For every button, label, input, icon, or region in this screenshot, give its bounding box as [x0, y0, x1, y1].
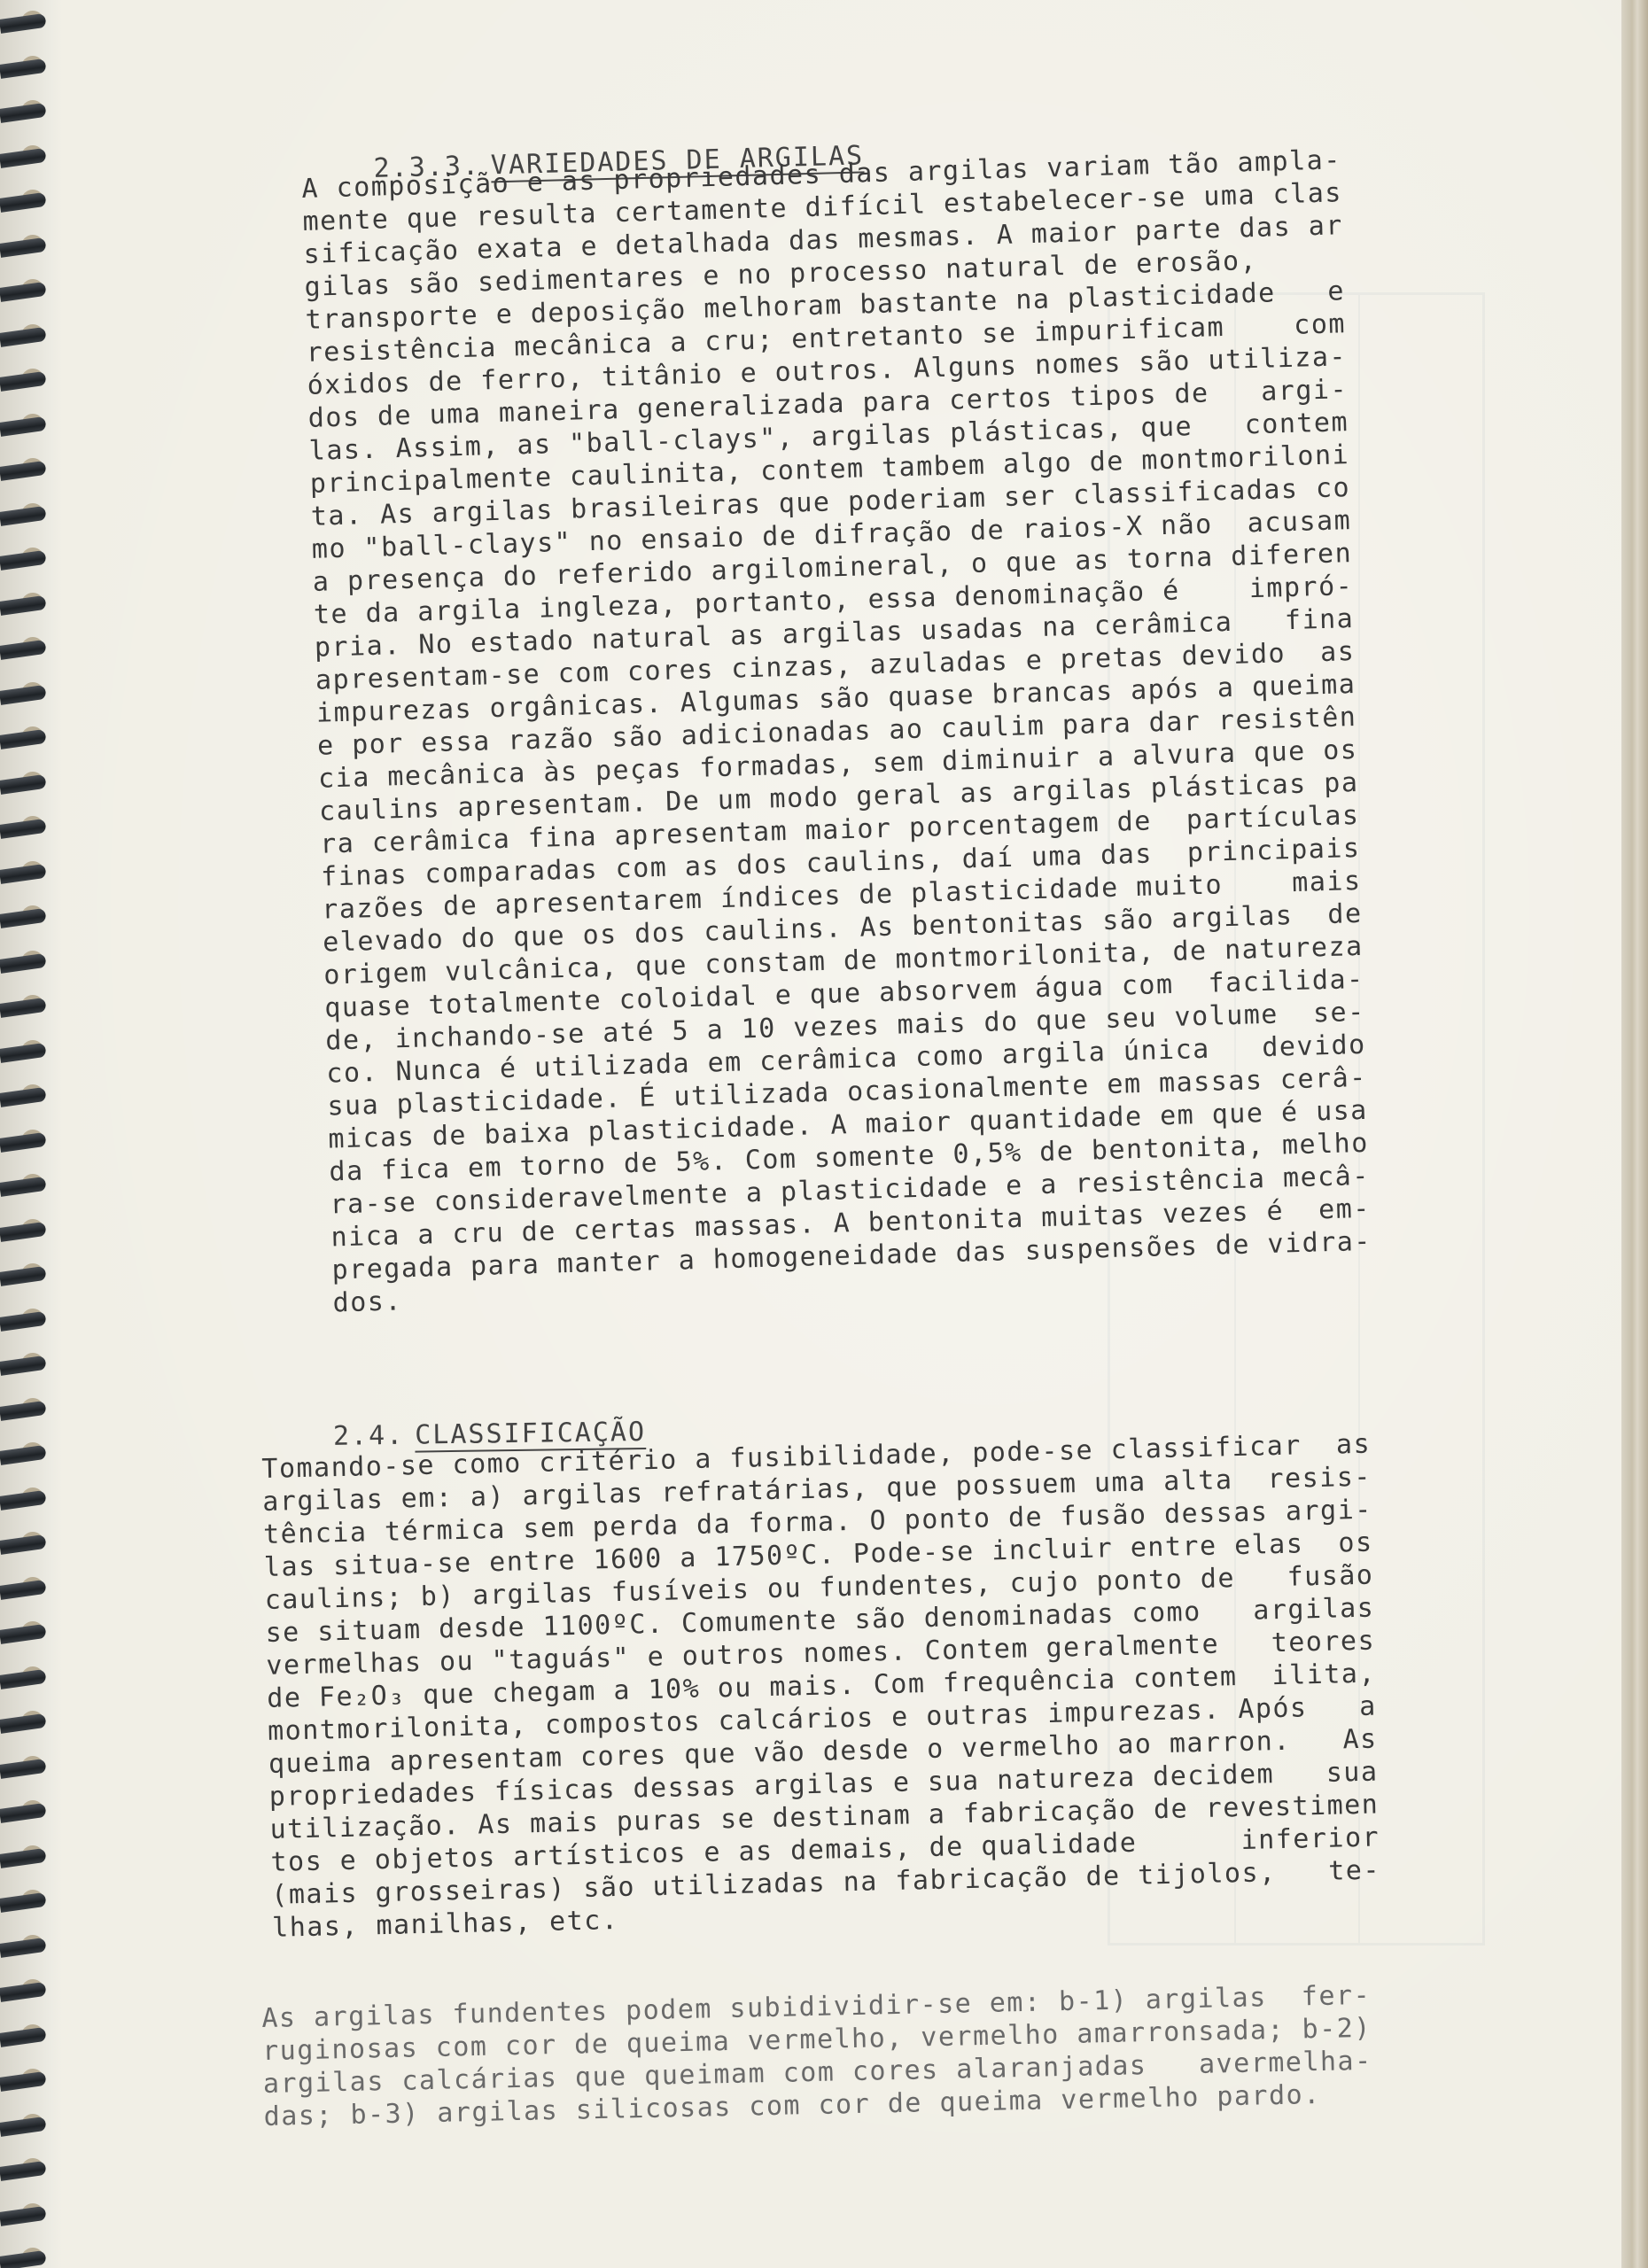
- binding-coil: [0, 1892, 47, 1913]
- binding-coil: [0, 1400, 47, 1420]
- binding-coil: [0, 2116, 47, 2136]
- binding-coil: [0, 998, 47, 1018]
- binding-coil: [0, 58, 47, 78]
- binding-coil: [0, 1668, 47, 1689]
- binding-coil: [0, 2250, 47, 2268]
- binding-coil: [0, 103, 47, 123]
- binding-coil: [0, 1624, 47, 1644]
- binding-coil: [0, 326, 47, 346]
- binding-coil: [0, 192, 47, 213]
- binding-coil: [0, 819, 47, 839]
- binding-coil: [0, 1087, 47, 1107]
- binding-coil: [0, 1221, 47, 1241]
- section-number: 2.4.: [333, 1420, 405, 1452]
- binding-coil: [0, 505, 47, 525]
- binding-coil: [0, 461, 47, 481]
- binding-coil: [0, 13, 47, 34]
- binding-coil: [0, 1937, 47, 1957]
- binding-coil: [0, 371, 47, 392]
- binding-coil: [0, 1534, 47, 1555]
- binding-coil: [0, 2071, 47, 2092]
- page-edge: [1621, 0, 1648, 2268]
- binding-coil: [0, 908, 47, 928]
- binding-coil: [0, 416, 47, 436]
- binding-coil: [0, 1355, 47, 1376]
- binding-coil: [0, 594, 47, 615]
- binding-coil: [0, 2026, 47, 2047]
- section-body-classificacao-p1: Tomando-se como critério a fusibilidade,…: [261, 1428, 1381, 1945]
- binding-coil: [0, 1131, 47, 1152]
- binding-coil: [0, 1266, 47, 1286]
- binding-coil: [0, 1579, 47, 1599]
- binding-coil: [0, 773, 47, 794]
- binding-coil: [0, 729, 47, 750]
- binding-coil: [0, 863, 47, 883]
- section-body-classificacao-p2: As argilas fundentes podem subidividir-s…: [261, 1979, 1373, 2133]
- binding-coil: [0, 1758, 47, 1778]
- binding-coil: [0, 1310, 47, 1331]
- binding-coil: [0, 1803, 47, 1823]
- binding-coil: [0, 952, 47, 973]
- binding-coil: [0, 1847, 47, 1868]
- binding-coil: [0, 640, 47, 660]
- binding-coil: [0, 1445, 47, 1465]
- binding-coil: [0, 2205, 47, 2225]
- spiral-binding: [0, 0, 62, 2268]
- scanned-page: 2.3.3.VARIEDADES DE ARGILAS A composição…: [0, 0, 1648, 2268]
- binding-coil: [0, 1489, 47, 1510]
- binding-coil: [0, 1042, 47, 1062]
- binding-coil: [0, 1982, 47, 2002]
- binding-coil: [0, 237, 47, 257]
- binding-coil: [0, 147, 47, 167]
- binding-coil: [0, 1177, 47, 1197]
- section-body-variedades: A composição e as propriedades das argil…: [301, 144, 1372, 1319]
- binding-coil: [0, 550, 47, 571]
- binding-coil: [0, 2161, 47, 2181]
- binding-coil: [0, 1713, 47, 1734]
- binding-coil: [0, 282, 47, 302]
- binding-coil: [0, 684, 47, 704]
